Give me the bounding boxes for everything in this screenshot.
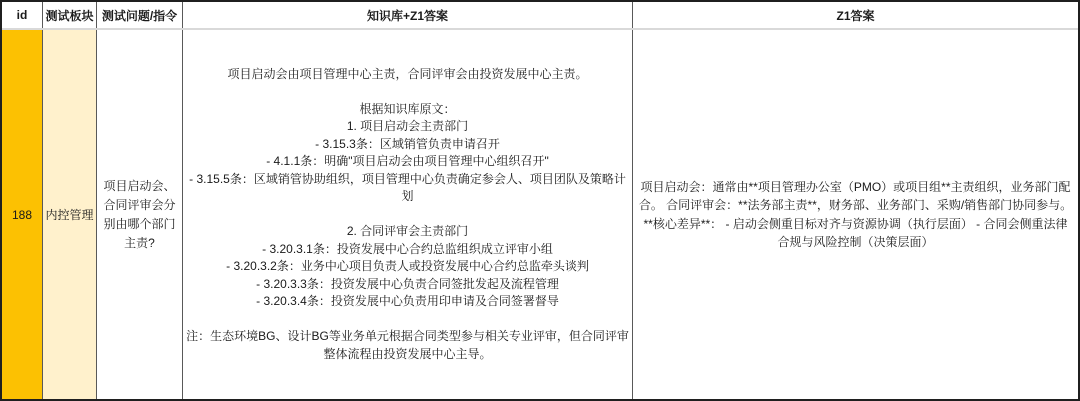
kb-answer-line: - 3.20.3.4条：投资发展中心负责用印申请及合同签署督导 [185, 293, 630, 311]
qa-table: id 测试板块 测试问题/指令 知识库+Z1答案 Z1答案 188 内控管理 项… [0, 0, 1080, 401]
header-cell-question: 测试问题/指令 [97, 2, 183, 28]
header-cell-z1-answer: Z1答案 [633, 2, 1078, 28]
cell-z1-answer: 项目启动会：通常由**项目管理办公室（PMO）或项目组**主责组织，业务部门配合… [633, 30, 1078, 399]
cell-module: 内控管理 [43, 30, 97, 399]
cell-id: 188 [2, 30, 43, 399]
kb-answer-blank-line [185, 206, 630, 224]
header-cell-id: id [2, 2, 43, 28]
kb-answer-blank-line [185, 311, 630, 329]
header-cell-module: 测试板块 [43, 2, 97, 28]
kb-answer-line: 项目启动会由项目管理中心主责，合同评审会由投资发展中心主责。 [185, 66, 630, 84]
kb-answer-line: - 3.20.3.3条：投资发展中心负责合同签批发起及流程管理 [185, 276, 630, 294]
table-row: 188 内控管理 项目启动会、合同评审会分别由哪个部门主责? 项目启动会由项目管… [2, 30, 1078, 399]
kb-answer-line: - 3.15.3条：区域销管负责申请召开 [185, 136, 630, 154]
kb-answer-line: - 3.20.3.2条：业务中心项目负责人或投资发展中心合约总监牵头谈判 [185, 258, 630, 276]
cell-question: 项目启动会、合同评审会分别由哪个部门主责? [97, 30, 183, 399]
kb-answer-line: 根据知识库原文： [185, 101, 630, 119]
kb-answer-line: - 3.20.3.1条：投资发展中心合约总监组织成立评审小组 [185, 241, 630, 259]
header-cell-kb-z1-answer: 知识库+Z1答案 [183, 2, 633, 28]
kb-answer-note: 注：生态环境BG、设计BG等业务单元根据合同类型参与相关专业评审，但合同评审整体… [185, 328, 630, 363]
kb-answer-blank-line [185, 83, 630, 101]
kb-answer-line: 2. 合同评审会主责部门 [185, 223, 630, 241]
kb-answer-line: 1. 项目启动会主责部门 [185, 118, 630, 136]
kb-answer-line: - 4.1.1条：明确"项目启动会由项目管理中心组织召开" [185, 153, 630, 171]
kb-answer-line: - 3.15.5条：区域销管协助组织，项目管理中心负责确定参会人、项目团队及策略… [185, 171, 630, 206]
cell-kb-z1-answer: 项目启动会由项目管理中心主责，合同评审会由投资发展中心主责。 根据知识库原文： … [183, 30, 633, 399]
table-header-row: id 测试板块 测试问题/指令 知识库+Z1答案 Z1答案 [2, 2, 1078, 30]
